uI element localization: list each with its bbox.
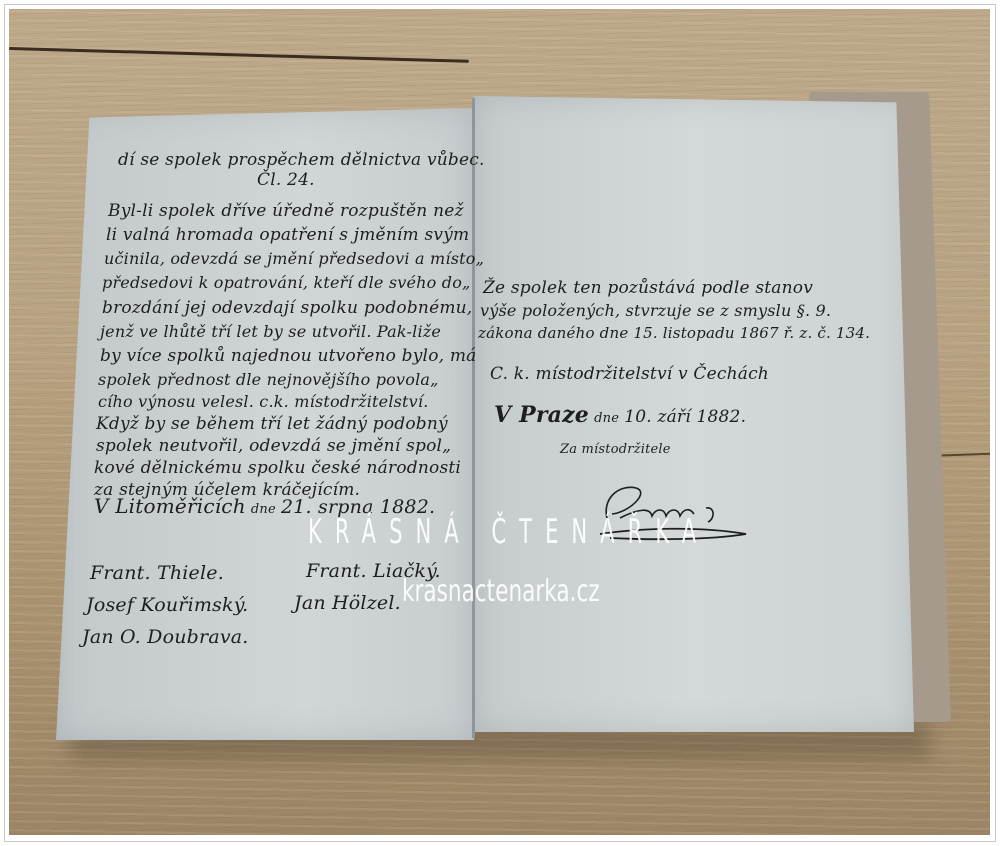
watermark-title: KRÁSNÁ ČTENÁŘKA <box>308 512 709 552</box>
text-line: dí se spolek prospěchem dělnictva vůbec. <box>118 150 485 170</box>
for-governor-label: Za místodržitele <box>560 442 671 457</box>
book-gutter <box>472 98 475 738</box>
watermark-url: krasnactenarka.cz <box>402 574 600 609</box>
dne-label: dne <box>594 411 619 426</box>
authority: C. k. místodržitelství v Čechách <box>490 364 769 384</box>
article-heading: Čl. 24. <box>257 170 315 190</box>
wood-crack <box>9 47 469 63</box>
text-line: brozdání jej odevzdají spolku podobnému, <box>102 298 472 318</box>
place: V Litoměřicích <box>94 494 246 518</box>
text-line: zákona daného dne 15. listopadu 1867 ř. … <box>478 324 870 342</box>
date: 10. září 1882. <box>624 407 746 427</box>
text-line: by více spolků najednou utvořeno bylo, m… <box>100 346 477 366</box>
text-line: spolek neutvořil, odevzdá se jmění spol„ <box>96 436 451 456</box>
text-line: učinila, odevzdá se jmění předsedovi a m… <box>104 249 484 268</box>
place: V Praze <box>494 402 589 428</box>
text-line: jenž ve lhůtě tří let by se utvořil. Pak… <box>100 322 441 341</box>
signature: Jan Hölzel. <box>294 592 401 614</box>
text-line: výše položených, stvrzuje se z smyslu §.… <box>480 301 831 320</box>
text-line: kové dělnickému spolku české národnosti <box>94 458 461 478</box>
signature: Frant. Thiele. <box>90 562 224 584</box>
text-line: spolek přednost dle nejnovějšího povola„ <box>98 370 439 389</box>
text-line: Byl-li spolek dříve úředně rozpuštěn než <box>108 201 464 221</box>
place-date-line: V Praze dne 10. září 1882. <box>494 402 746 428</box>
dne-label: dne <box>251 502 276 517</box>
signature: Josef Kouřimský. <box>86 594 248 616</box>
text-line: li valná hromada opatření s jměním svým <box>106 225 469 245</box>
text-line: Že spolek ten pozůstává podle stanov <box>483 278 813 298</box>
signature: Jan O. Doubrava. <box>82 626 249 648</box>
text-line: Když by se během tří let žádný podobný <box>96 414 448 434</box>
text-line: cího výnosu velesl. c.k. místodržitelstv… <box>98 392 429 411</box>
text-line: předsedovi k opatrování, kteří dle svého… <box>102 273 471 292</box>
